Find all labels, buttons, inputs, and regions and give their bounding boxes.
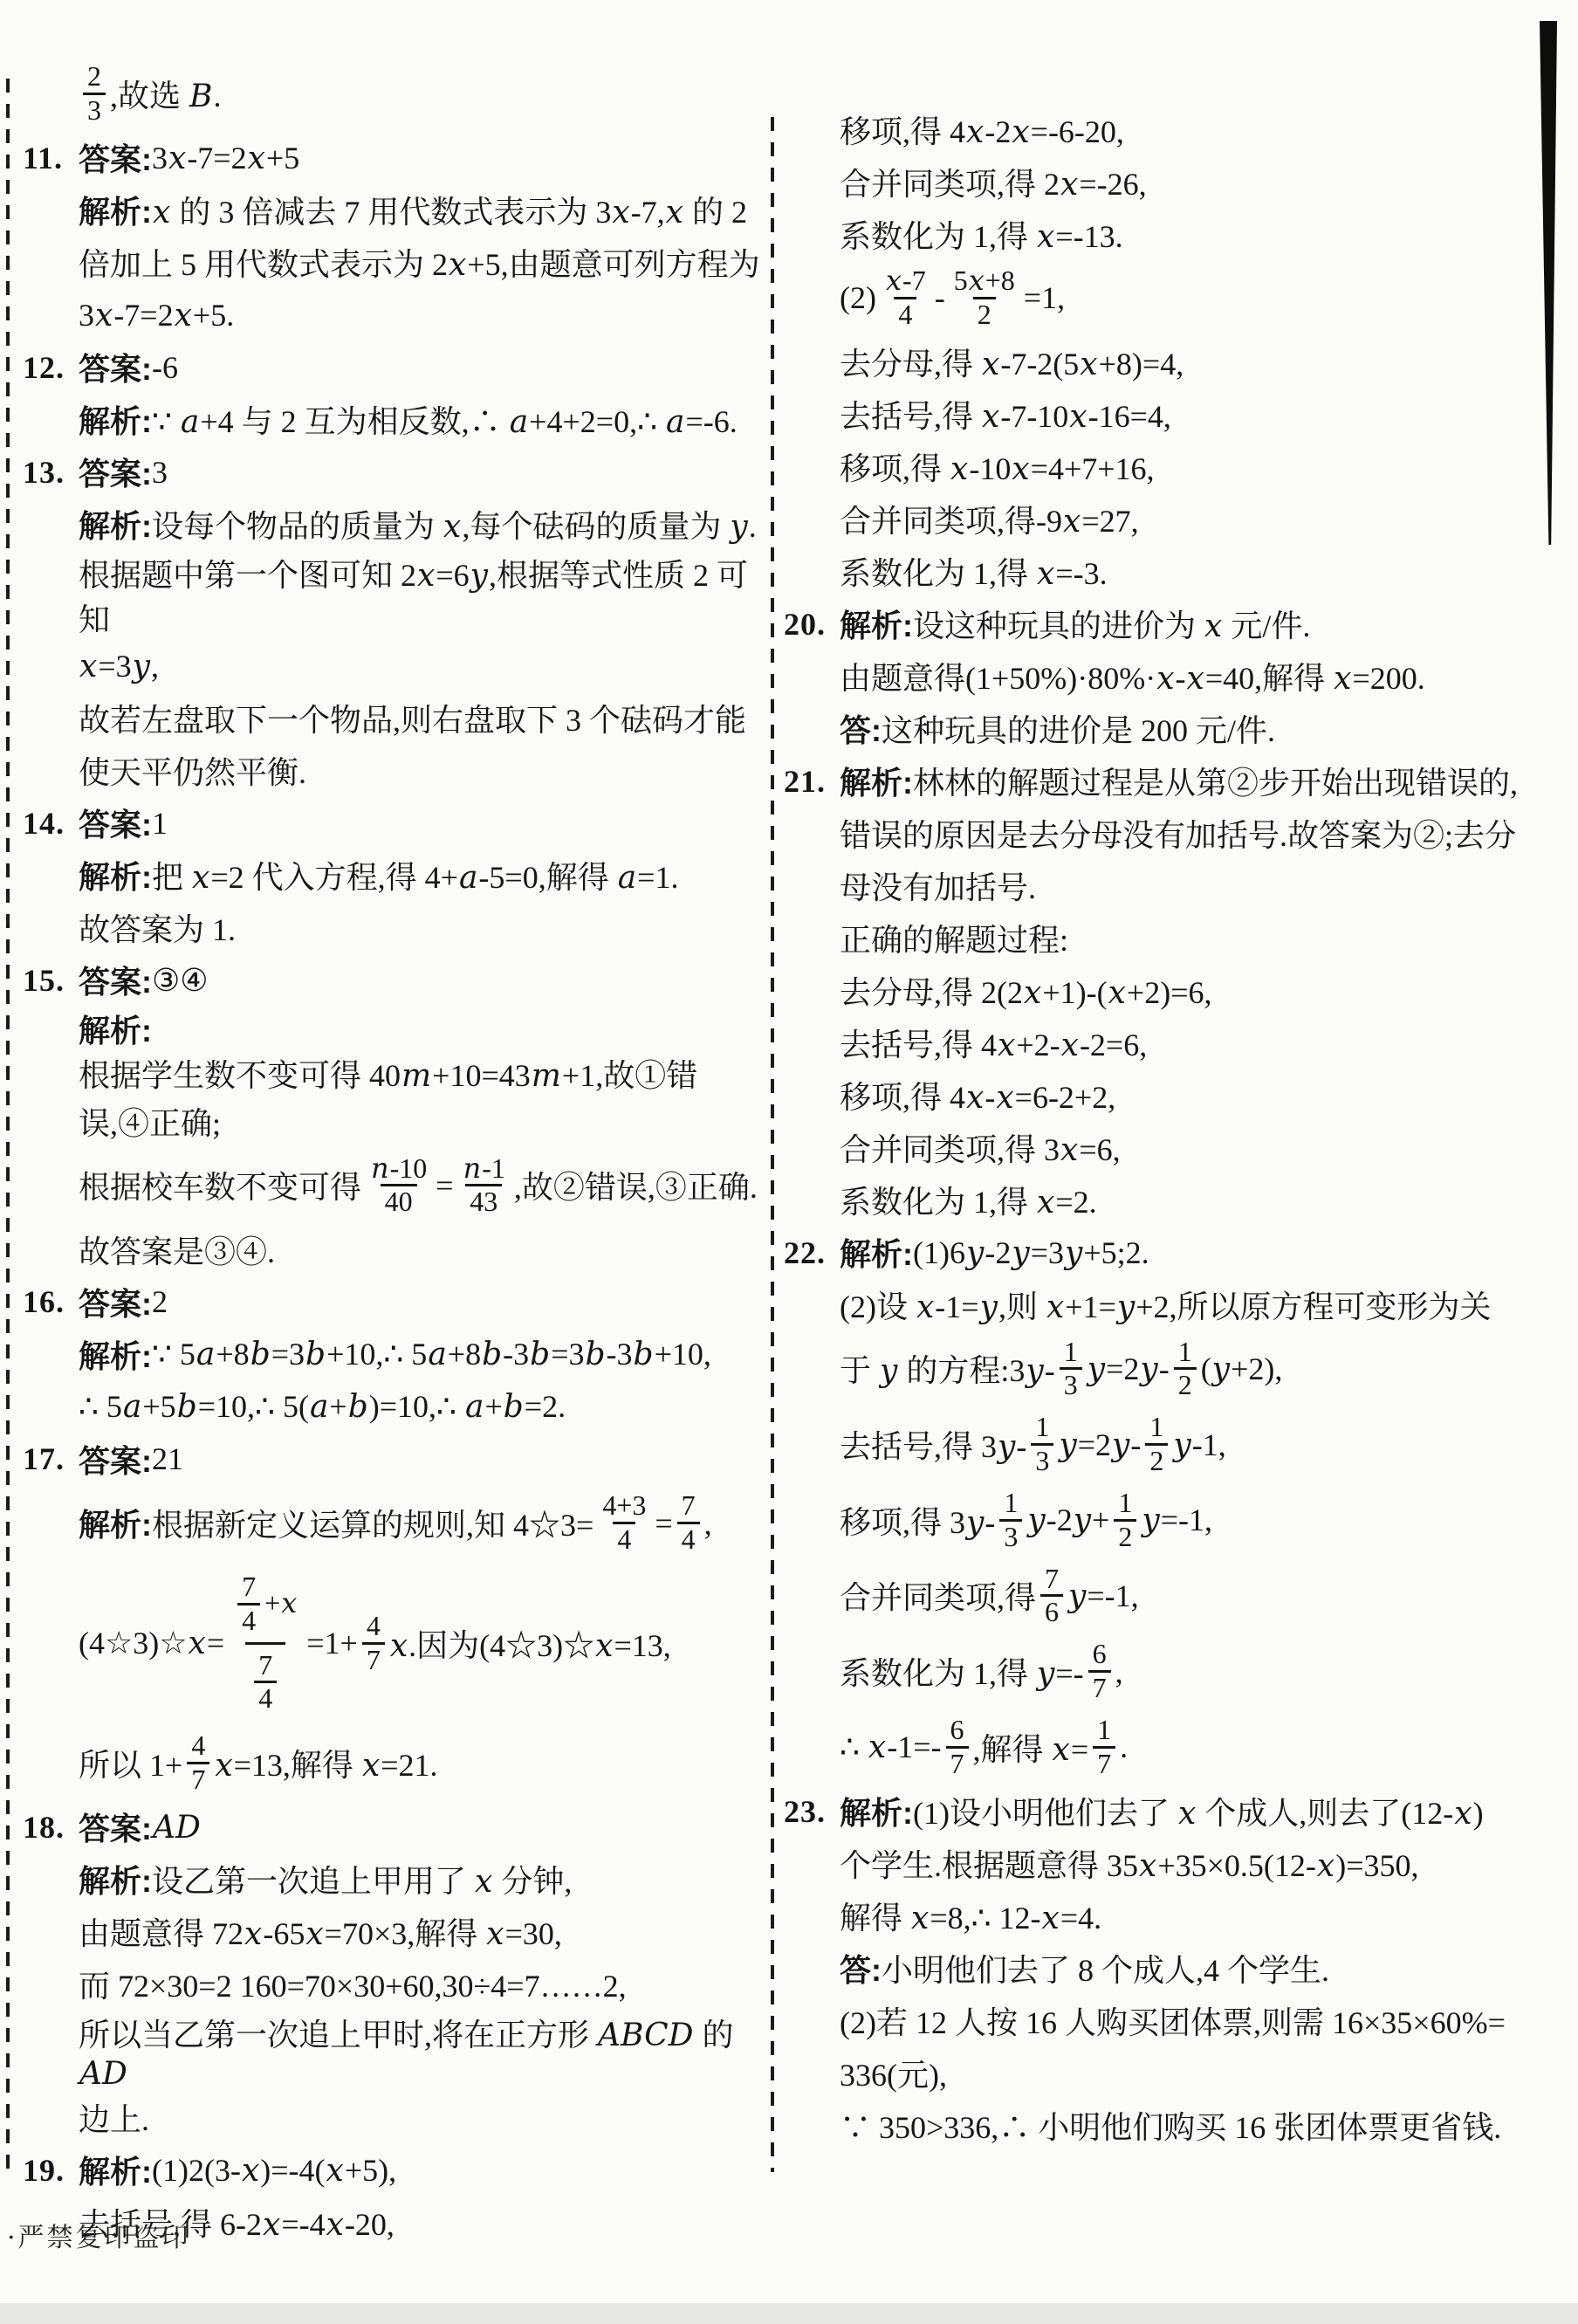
- math-variable: x: [474, 1864, 493, 1900]
- bold-label: 答案:: [79, 345, 152, 389]
- math-variable: x: [1156, 661, 1175, 697]
- math-variable: x: [950, 451, 969, 487]
- fraction-denominator: 2: [1114, 1519, 1136, 1553]
- solution-line: 移项,得 x-10x=4+7+16,: [840, 441, 1545, 493]
- math-variable: b: [347, 1389, 369, 1425]
- solution-line: ∴ x-1=-67,解得 x=17.: [840, 1709, 1545, 1785]
- math-variable: x: [1060, 1028, 1080, 1063]
- text-run: 7: [950, 1749, 964, 1780]
- bold-label: 答案:: [79, 801, 152, 845]
- bold-label: 答案:: [79, 1437, 152, 1482]
- solution-line: 正确的解题过程:: [840, 912, 1545, 965]
- solution-line: 系数化为 1,得 x=2.: [840, 1174, 1545, 1227]
- math-variable: x: [1204, 609, 1223, 644]
- text-run: 林林的解题过程是从第②步开始出现错误的,: [913, 759, 1518, 803]
- math-variable: x: [448, 247, 467, 283]
- math-variable: x: [1011, 114, 1030, 150]
- fraction: 67: [1088, 1639, 1111, 1704]
- solution-line: 合并同类项,得76y=-1,: [840, 1558, 1545, 1634]
- text-run: -: [935, 279, 945, 316]
- math-variable: x: [1036, 556, 1055, 592]
- math-variable: x: [188, 1626, 207, 1661]
- fraction-denominator: 3: [1060, 1367, 1082, 1401]
- solution-line: 解析:设每个物品的质量为 x,每个砝码的质量为 y.: [79, 498, 763, 551]
- fraction-numerator: 7: [237, 1571, 260, 1603]
- math-variable: x: [1060, 167, 1079, 203]
- math-variable: x: [244, 1916, 263, 1952]
- text-run: x.因为(4☆3)☆x=13,: [389, 1621, 671, 1666]
- bold-label: 答案:: [79, 1805, 152, 1849]
- text-run: 根据学生数不变可得 40m+10=43m+1,故①错: [79, 1051, 697, 1096]
- text-run: 错误的原因是去分母没有加括号.故答案为②;去分: [840, 811, 1516, 856]
- math-variable: x: [1333, 661, 1352, 697]
- text-run: 1: [1035, 1412, 1049, 1443]
- item-number: 23.: [784, 1785, 840, 1838]
- fraction: 67: [946, 1715, 969, 1780]
- bold-label: 解析:: [79, 853, 152, 897]
- fraction-numerator: 4: [187, 1730, 209, 1762]
- fraction: 74: [677, 1490, 700, 1556]
- math-variable: a: [458, 860, 478, 896]
- solution-item: 16.答案:2解析:∵ 5a+8b=3b+10,∴ 5a+8b-3b=3b-3b…: [23, 1275, 763, 1433]
- scan-bottom-band: [0, 2303, 1578, 2324]
- text-run: 5x+8: [954, 265, 1015, 297]
- fraction-numerator: 1: [1060, 1337, 1082, 1368]
- text-run: 7: [1093, 1673, 1107, 1704]
- fraction-denominator: 4: [677, 1522, 700, 1556]
- item-body: 答案:AD解析:设乙第一次追上甲用了 x 分钟,由题意得 72x-65x=70×…: [79, 1801, 763, 2144]
- item-number: 17.: [23, 1433, 79, 1485]
- item-body: 答案:3解析:设每个物品的质量为 x,每个砝码的质量为 y.根据题中第一个图可知…: [79, 446, 763, 797]
- text-run: 故答案为 1.: [79, 905, 236, 950]
- solution-line: 23,故选 B.: [79, 56, 763, 132]
- text-run: 4: [617, 1524, 631, 1556]
- text-run: 去括号,得 3y-: [840, 1422, 1026, 1467]
- solution-line: 系数化为 1,得 x=-13.: [840, 208, 1545, 260]
- solution-line: (4☆3)☆x=74+x74=1+47x.因为(4☆3)☆x=13,: [79, 1561, 763, 1725]
- solution-line: 故答案为 1.: [79, 902, 763, 954]
- math-variable: x: [1138, 1848, 1157, 1884]
- fraction: 12: [1145, 1412, 1168, 1477]
- text-run: 43: [470, 1186, 497, 1218]
- text-run: 合并同类项,得: [840, 1573, 1036, 1618]
- text-run: 3: [152, 454, 168, 491]
- solution-line: 解得 x=8,∴ 12-x=4.: [840, 1890, 1545, 1942]
- text-run: 根据校车数不变可得: [79, 1163, 361, 1207]
- item-number: [784, 103, 840, 155]
- text-run: 倍加上 5 用代数式表示为 2x+5,由题意可列方程为: [79, 240, 760, 285]
- math-variable: x: [174, 298, 193, 333]
- text-run: y-2y+: [1026, 1502, 1109, 1538]
- solution-line: 答案:1: [79, 797, 763, 849]
- math-variable: y: [1073, 1502, 1092, 1538]
- text-run: 而 72×30=2 160=70×30+60,30÷4=7……2,: [79, 1962, 627, 2006]
- text-run: 4+3: [602, 1490, 646, 1522]
- solution-line: 所以 1+47x=13,解得 x=21.: [79, 1725, 763, 1801]
- solution-item: 14.答案:1解析:把 x=2 代入方程,得 4+a-5=0,解得 a=1.故答…: [23, 797, 763, 954]
- math-variable: y: [1116, 1289, 1135, 1325]
- text-run: 系数化为 1,得 x=-3.: [840, 549, 1108, 594]
- math-variable: n: [370, 1152, 390, 1185]
- fraction-denominator: 4: [254, 1681, 277, 1715]
- solution-item: 23,故选 B.: [23, 56, 763, 132]
- math-variable: x: [305, 1916, 324, 1952]
- fraction: 23: [83, 61, 106, 127]
- text-run: +x: [264, 1588, 298, 1619]
- solution-line: 答案:-6: [79, 341, 763, 394]
- text-run: ∴ 5a+5b=10,∴ 5(a+b)=10,∴ a+b=2.: [79, 1388, 566, 1425]
- item-number: 12.: [23, 341, 79, 394]
- solution-line: 去括号,得 x-7-10x-16=4,: [840, 388, 1545, 441]
- solution-line: 去分母,得 x-7-2(5x+8)=4,: [840, 336, 1545, 388]
- fraction: n-143: [458, 1153, 510, 1219]
- text-run: (2)设 x-1=y,则 x+1=y+2,所以原方程可变形为关: [840, 1282, 1492, 1327]
- solution-line: 错误的原因是去分母没有加括号.故答案为②;去分: [840, 808, 1545, 860]
- item-body: 23,故选 B.: [79, 56, 763, 132]
- solution-line: 个学生.根据题意得 35x+35×0.5(12-x)=350,: [840, 1838, 1545, 1890]
- solution-line: 误,④正确;: [79, 1096, 763, 1148]
- text-run: 去括号,得 x-7-10x-16=4,: [840, 392, 1171, 437]
- item-number: [23, 56, 79, 108]
- text-run: 6: [1093, 1639, 1107, 1670]
- fraction-numerator: 1: [1093, 1715, 1115, 1746]
- math-variable: x: [326, 2207, 345, 2243]
- solution-line: 故答案是③④.: [79, 1223, 763, 1275]
- text-run: (y+2),: [1201, 1351, 1283, 1387]
- text-run: n-1: [463, 1153, 505, 1185]
- text-run: 1: [152, 805, 168, 842]
- fraction: n-1040: [366, 1153, 431, 1219]
- text-run: 1: [1064, 1337, 1078, 1368]
- text-run: 3: [87, 95, 101, 127]
- text-run: 1: [1097, 1715, 1111, 1746]
- math-variable: x: [389, 1628, 408, 1664]
- text-run: 于 y 的方程:3y-: [840, 1346, 1055, 1391]
- fraction-numerator: 1: [1174, 1337, 1197, 1368]
- solution-line: ∵ 350>336,∴ 小明他们购买 16 张团体票更省钱.: [840, 2100, 1545, 2152]
- solution-line: 于 y 的方程:3y-13y=2y-12(y+2),: [840, 1331, 1545, 1407]
- fraction-denominator: 7: [362, 1642, 385, 1676]
- math-variable: y: [1087, 1351, 1106, 1387]
- math-variable: b: [250, 1337, 271, 1372]
- text-run: y=2y-: [1058, 1427, 1141, 1463]
- item-body: 答案:③④解析:根据学生数不变可得 40m+10=43m+1,故①错误,④正确;…: [79, 954, 763, 1276]
- solution-line: 母没有加括号.: [840, 860, 1545, 912]
- math-variable: y: [1211, 1351, 1231, 1387]
- text-run: 去分母,得 x-7-2(5x+8)=4,: [840, 340, 1183, 384]
- math-variable: B: [189, 79, 213, 114]
- text-run: 合并同类项,得-9x=27,: [840, 497, 1139, 541]
- text-run: ∵ 5a+8b=3b+10,∴ 5a+8b-3b=3b-3b+10,: [152, 1336, 711, 1372]
- solution-line: 合并同类项,得 2x=-26,: [840, 155, 1545, 208]
- footer-note: ·严禁复印盗印: [7, 2216, 191, 2254]
- math-variable: y: [470, 558, 489, 594]
- fraction-numerator: 1: [1031, 1412, 1053, 1443]
- fraction: 76: [1040, 1564, 1063, 1629]
- right-column: 移项,得 4x-2x=-6-20,合并同类项,得 2x=-26,系数化为 1,得…: [784, 103, 1545, 2152]
- math-variable: x: [1108, 975, 1127, 1011]
- math-variable: x: [1036, 219, 1055, 255]
- text-run: 根据题中第一个图可知 2x=6y,根据等式性质 2 可知: [79, 551, 763, 640]
- solution-line: 答案:3x-7=2x+5: [79, 132, 763, 184]
- text-run: 1: [1118, 1488, 1132, 1519]
- left-edge-dashed-divider: [6, 79, 10, 2172]
- math-variable: x: [868, 1729, 887, 1765]
- math-variable: x: [1177, 1796, 1197, 1832]
- item-number: 22.: [784, 1227, 840, 1279]
- text-run: 4: [242, 1605, 256, 1637]
- text-run: 7: [242, 1571, 256, 1603]
- math-variable: x: [326, 2153, 345, 2189]
- math-variable: a: [427, 1337, 447, 1372]
- solution-line: 而 72×30=2 160=70×30+60,30÷4=7……2,: [79, 1958, 763, 2011]
- math-variable: x: [247, 141, 266, 176]
- math-variable: x: [1068, 399, 1087, 435]
- text-run: 所以当乙第一次追上甲时,将在正方形 ABCD 的 AD: [79, 2011, 763, 2092]
- item-body: 答案:-6解析:∵ a+4 与 2 互为相反数,∴ a+4+2=0,∴ a=-6…: [79, 341, 763, 446]
- fraction-denominator: 6: [1040, 1594, 1063, 1628]
- text-run: ,故②错误,③正确.: [514, 1163, 758, 1207]
- math-variable: ABCD: [597, 2018, 695, 2053]
- fraction-numerator: n-10: [366, 1153, 431, 1185]
- bold-label: 解析:: [79, 397, 152, 442]
- text-run: ∵ 350>336,∴ 小明他们购买 16 张团体票更省钱.: [840, 2103, 1501, 2148]
- text-run: ,: [704, 1505, 712, 1542]
- math-variable: y: [965, 1235, 985, 1271]
- text-run: (2)若 12 人按 16 人购买团体票,则需 16×35×60%=: [840, 1998, 1506, 2043]
- item-number: 13.: [23, 446, 79, 498]
- item-number: 15.: [23, 954, 79, 1007]
- fraction-numerator: n-1: [458, 1153, 510, 1185]
- bold-label: 解析:: [840, 759, 913, 803]
- math-variable: m: [401, 1058, 432, 1094]
- text-run: 3x-7=2x+5: [152, 140, 299, 176]
- text-run: =1,: [1024, 279, 1065, 316]
- math-variable: x: [965, 114, 985, 150]
- fraction: 4+34: [598, 1490, 650, 1556]
- fraction: 13: [1060, 1337, 1082, 1402]
- fraction: 17: [1093, 1715, 1115, 1780]
- math-variable: y: [1025, 1353, 1044, 1389]
- text-run: 3: [1035, 1446, 1049, 1477]
- fraction-denominator: 7: [1093, 1746, 1115, 1780]
- solution-line: 解析:(1)设小明他们去了 x 个成人,则去了(12-x): [840, 1785, 1545, 1838]
- text-run: 2: [152, 1283, 168, 1320]
- text-run: 40: [385, 1186, 413, 1218]
- text-run: x-7: [885, 265, 926, 297]
- fraction-denominator: 40: [381, 1184, 417, 1218]
- text-run: 4: [682, 1524, 696, 1556]
- solution-line: 所以当乙第一次追上甲时,将在正方形 ABCD 的 AD: [79, 2011, 763, 2092]
- bold-label: 解析:: [79, 502, 152, 547]
- solution-line: 由题意得(1+50%)·80%·x-x=40,解得 x=200.: [840, 650, 1545, 703]
- math-variable: x: [280, 1586, 298, 1619]
- solution-line: 解析:把 x=2 代入方程,得 4+a-5=0,解得 a=1.: [79, 849, 763, 902]
- math-variable: x: [1023, 975, 1042, 1011]
- text-run: (1)2(3-x)=-4(x+5),: [152, 2152, 396, 2189]
- solution-line: ∴ 5a+5b=10,∴ 5(a+b)=10,∴ a+b=2.: [79, 1380, 763, 1433]
- text-run: (2): [840, 279, 876, 316]
- text-run: 移项,得 x-10x=4+7+16,: [840, 444, 1155, 489]
- text-run: 设乙第一次追上甲用了 x 分钟,: [152, 1857, 572, 1901]
- text-run: 合并同类项,得 2x=-26,: [840, 160, 1147, 204]
- text-run: 边上.: [79, 2095, 149, 2140]
- bold-label: 解析:: [79, 1332, 152, 1377]
- text-run: x 的 3 倍减去 7 用代数式表示为 3x-7,x 的 2: [152, 188, 747, 232]
- solution-line: 去分母,得 2(2x+1)-(x+2)=6,: [840, 965, 1545, 1017]
- bold-label: 答案:: [79, 135, 152, 180]
- math-variable: AD: [152, 1810, 202, 1846]
- bold-label: 答案:: [79, 1280, 152, 1324]
- math-variable: x: [997, 1028, 1016, 1063]
- text-run: 根据新定义运算的规则,知 4☆3=: [152, 1501, 593, 1545]
- fraction-numerator: 7: [254, 1650, 277, 1681]
- fraction-denominator: 3: [83, 93, 106, 127]
- math-variable: y: [965, 1505, 985, 1541]
- solution-line: 答案:2: [79, 1275, 763, 1328]
- math-variable: a: [309, 1389, 329, 1425]
- solution-line: 边上.: [79, 2092, 763, 2144]
- solution-line: 答:这种玩具的进价是 200 元/件.: [840, 703, 1545, 755]
- solution-line: 故若左盘取下一个物品,则右盘取下 3 个砝码才能: [79, 692, 763, 745]
- math-variable: x: [361, 1748, 381, 1784]
- text-run: 3x-7=2x+5.: [79, 297, 234, 333]
- solution-line: 答案:③④: [79, 954, 763, 1007]
- fraction: 47: [362, 1611, 385, 1676]
- text-run: 去分母,得 2(2x+1)-(x+2)=6,: [840, 968, 1212, 1013]
- fraction-numerator: 4+3: [598, 1490, 650, 1522]
- math-variable: x: [1060, 1132, 1079, 1168]
- text-run: 1: [1149, 1412, 1163, 1443]
- math-variable: x: [611, 195, 630, 230]
- solution-item: 18.答案:AD解析:设乙第一次追上甲用了 x 分钟,由题意得 72x-65x=…: [23, 1801, 763, 2144]
- math-variable: b: [503, 1389, 525, 1425]
- math-variable: y: [1111, 1427, 1130, 1463]
- fraction: 47: [187, 1730, 209, 1796]
- solution-line: 解析:∵ a+4 与 2 互为相反数,∴ a+4+2=0,∴ a=-6.: [79, 394, 763, 446]
- fraction-numerator: 1: [1114, 1488, 1136, 1519]
- bold-label: 解析:: [79, 1007, 152, 1051]
- fraction-denominator: 2: [1174, 1367, 1197, 1401]
- fraction-denominator: 4: [237, 1603, 260, 1637]
- text-run: 由题意得 72x-65x=70×3,解得 x=30,: [79, 1909, 562, 1954]
- item-number: 19.: [23, 2144, 79, 2197]
- fraction-denominator: 4: [894, 297, 916, 331]
- math-variable: x: [241, 2153, 260, 2189]
- solution-line: 3x-7=2x+5.: [79, 289, 763, 341]
- math-variable: x: [214, 1748, 233, 1784]
- text-run: 2: [978, 299, 991, 331]
- fraction: 74+x74: [229, 1566, 302, 1720]
- bold-label: 解析:: [840, 1230, 913, 1275]
- text-run: 移项,得 4x-x=6-2+2,: [840, 1073, 1115, 1117]
- item-number: 14.: [23, 797, 79, 849]
- text-run: 解得 x=8,∴ 12-x=4.: [840, 1894, 1101, 1938]
- text-run: (1)6y-2y=3y+5;2.: [913, 1234, 1149, 1271]
- math-variable: y: [1026, 1502, 1046, 1538]
- text-run: (4☆3)☆x=: [79, 1625, 224, 1661]
- bold-label: 答案:: [79, 958, 152, 1002]
- fraction: 12: [1114, 1488, 1136, 1553]
- solution-line: 移项,得 4x-2x=-6-20,: [840, 103, 1545, 155]
- fraction-numerator: 7: [1040, 1564, 1063, 1595]
- solution-item: 15.答案:③④解析:根据学生数不变可得 40m+10=43m+1,故①错误,④…: [23, 954, 763, 1276]
- text-run: 3: [1004, 1522, 1018, 1553]
- fraction-denominator: 2: [973, 297, 996, 331]
- math-variable: y: [879, 1353, 898, 1389]
- fraction: 13: [999, 1488, 1022, 1553]
- math-variable: y: [979, 1289, 998, 1325]
- math-variable: a: [665, 404, 685, 440]
- math-variable: y: [132, 649, 151, 684]
- item-body: 答案:21解析:根据新定义运算的规则,知 4☆3=4+34=74,(4☆3)☆x…: [79, 1433, 763, 1801]
- math-variable: a: [196, 1337, 216, 1372]
- text-run: -6: [152, 349, 178, 386]
- bold-label: 解析:: [79, 188, 152, 232]
- bold-label: 解析:: [79, 1501, 152, 1545]
- text-run: =1+: [306, 1625, 358, 1661]
- text-run: 所以 1+: [79, 1741, 182, 1785]
- math-variable: x: [1062, 504, 1081, 540]
- bold-label: 解析:: [840, 602, 913, 646]
- solution-item: 17.答案:21解析:根据新定义运算的规则,知 4☆3=4+34=74,(4☆3…: [23, 1433, 763, 1801]
- solution-line: 答案:AD: [79, 1801, 763, 1853]
- fraction-numerator: 7: [677, 1490, 700, 1522]
- math-variable: a: [617, 860, 637, 896]
- solution-line: 解析:根据新定义运算的规则,知 4☆3=4+34=74,: [79, 1485, 763, 1561]
- text-run: 使天平仍然平衡.: [79, 748, 306, 793]
- math-variable: x: [152, 195, 171, 230]
- solution-line: 解析:根据学生数不变可得 40m+10=43m+1,故①错: [79, 1007, 763, 1096]
- math-variable: a: [180, 404, 200, 440]
- solution-line: 系数化为 1,得 x=-3.: [840, 546, 1545, 598]
- text-run: .: [1120, 1729, 1128, 1765]
- math-variable: x: [416, 558, 436, 594]
- math-variable: n: [463, 1152, 483, 1185]
- bold-label: 答案:: [79, 450, 152, 494]
- fraction: 13: [1031, 1412, 1053, 1477]
- text-run: y-1,: [1172, 1427, 1225, 1463]
- solution-line: (2)设 x-1=y,则 x+1=y+2,所以原方程可变形为关: [840, 1279, 1545, 1331]
- text-run: 7: [1097, 1749, 1111, 1780]
- text-run: 7: [258, 1650, 272, 1681]
- text-run: ,故选 B.: [110, 72, 221, 116]
- bold-label: 解析:: [79, 1857, 152, 1901]
- math-variable: y: [1058, 1427, 1077, 1463]
- solution-line: 移项,得 3y-13y-2y+12y=-1,: [840, 1482, 1545, 1558]
- solution-line: 倍加上 5 用代数式表示为 2x+5,由题意可列方程为: [79, 237, 763, 289]
- solution-line: 根据校车数不变可得n-1040=n-143,故②错误,③正确.: [79, 1148, 763, 1224]
- math-variable: y: [1067, 1578, 1087, 1614]
- solution-item: 12.答案:-6解析:∵ a+4 与 2 互为相反数,∴ a+4+2=0,∴ a…: [23, 341, 763, 446]
- math-variable: x: [443, 509, 462, 545]
- fraction-numerator: 4: [362, 1611, 385, 1642]
- fraction-denominator: 7: [187, 1762, 209, 1796]
- math-variable: a: [509, 404, 529, 440]
- fraction-denominator: 4: [613, 1522, 635, 1556]
- math-variable: x: [1052, 1732, 1071, 1768]
- text-run: 1: [1178, 1337, 1192, 1368]
- math-variable: a: [464, 1389, 484, 1425]
- solution-line: 解析:∵ 5a+8b=3b+10,∴ 5a+8b-3b=3b-3b+10,: [79, 1328, 763, 1380]
- text-run: 这种玩具的进价是 200 元/件.: [882, 706, 1275, 751]
- item-body: 答案:3x-7=2x+5解析:x 的 3 倍减去 7 用代数式表示为 3x-7,…: [79, 132, 763, 341]
- text-run: 2: [1178, 1370, 1192, 1401]
- fraction-denominator: 3: [999, 1519, 1022, 1553]
- math-variable: AD: [79, 2056, 128, 2092]
- math-variable: y: [1141, 1502, 1160, 1538]
- math-variable: b: [529, 1337, 551, 1372]
